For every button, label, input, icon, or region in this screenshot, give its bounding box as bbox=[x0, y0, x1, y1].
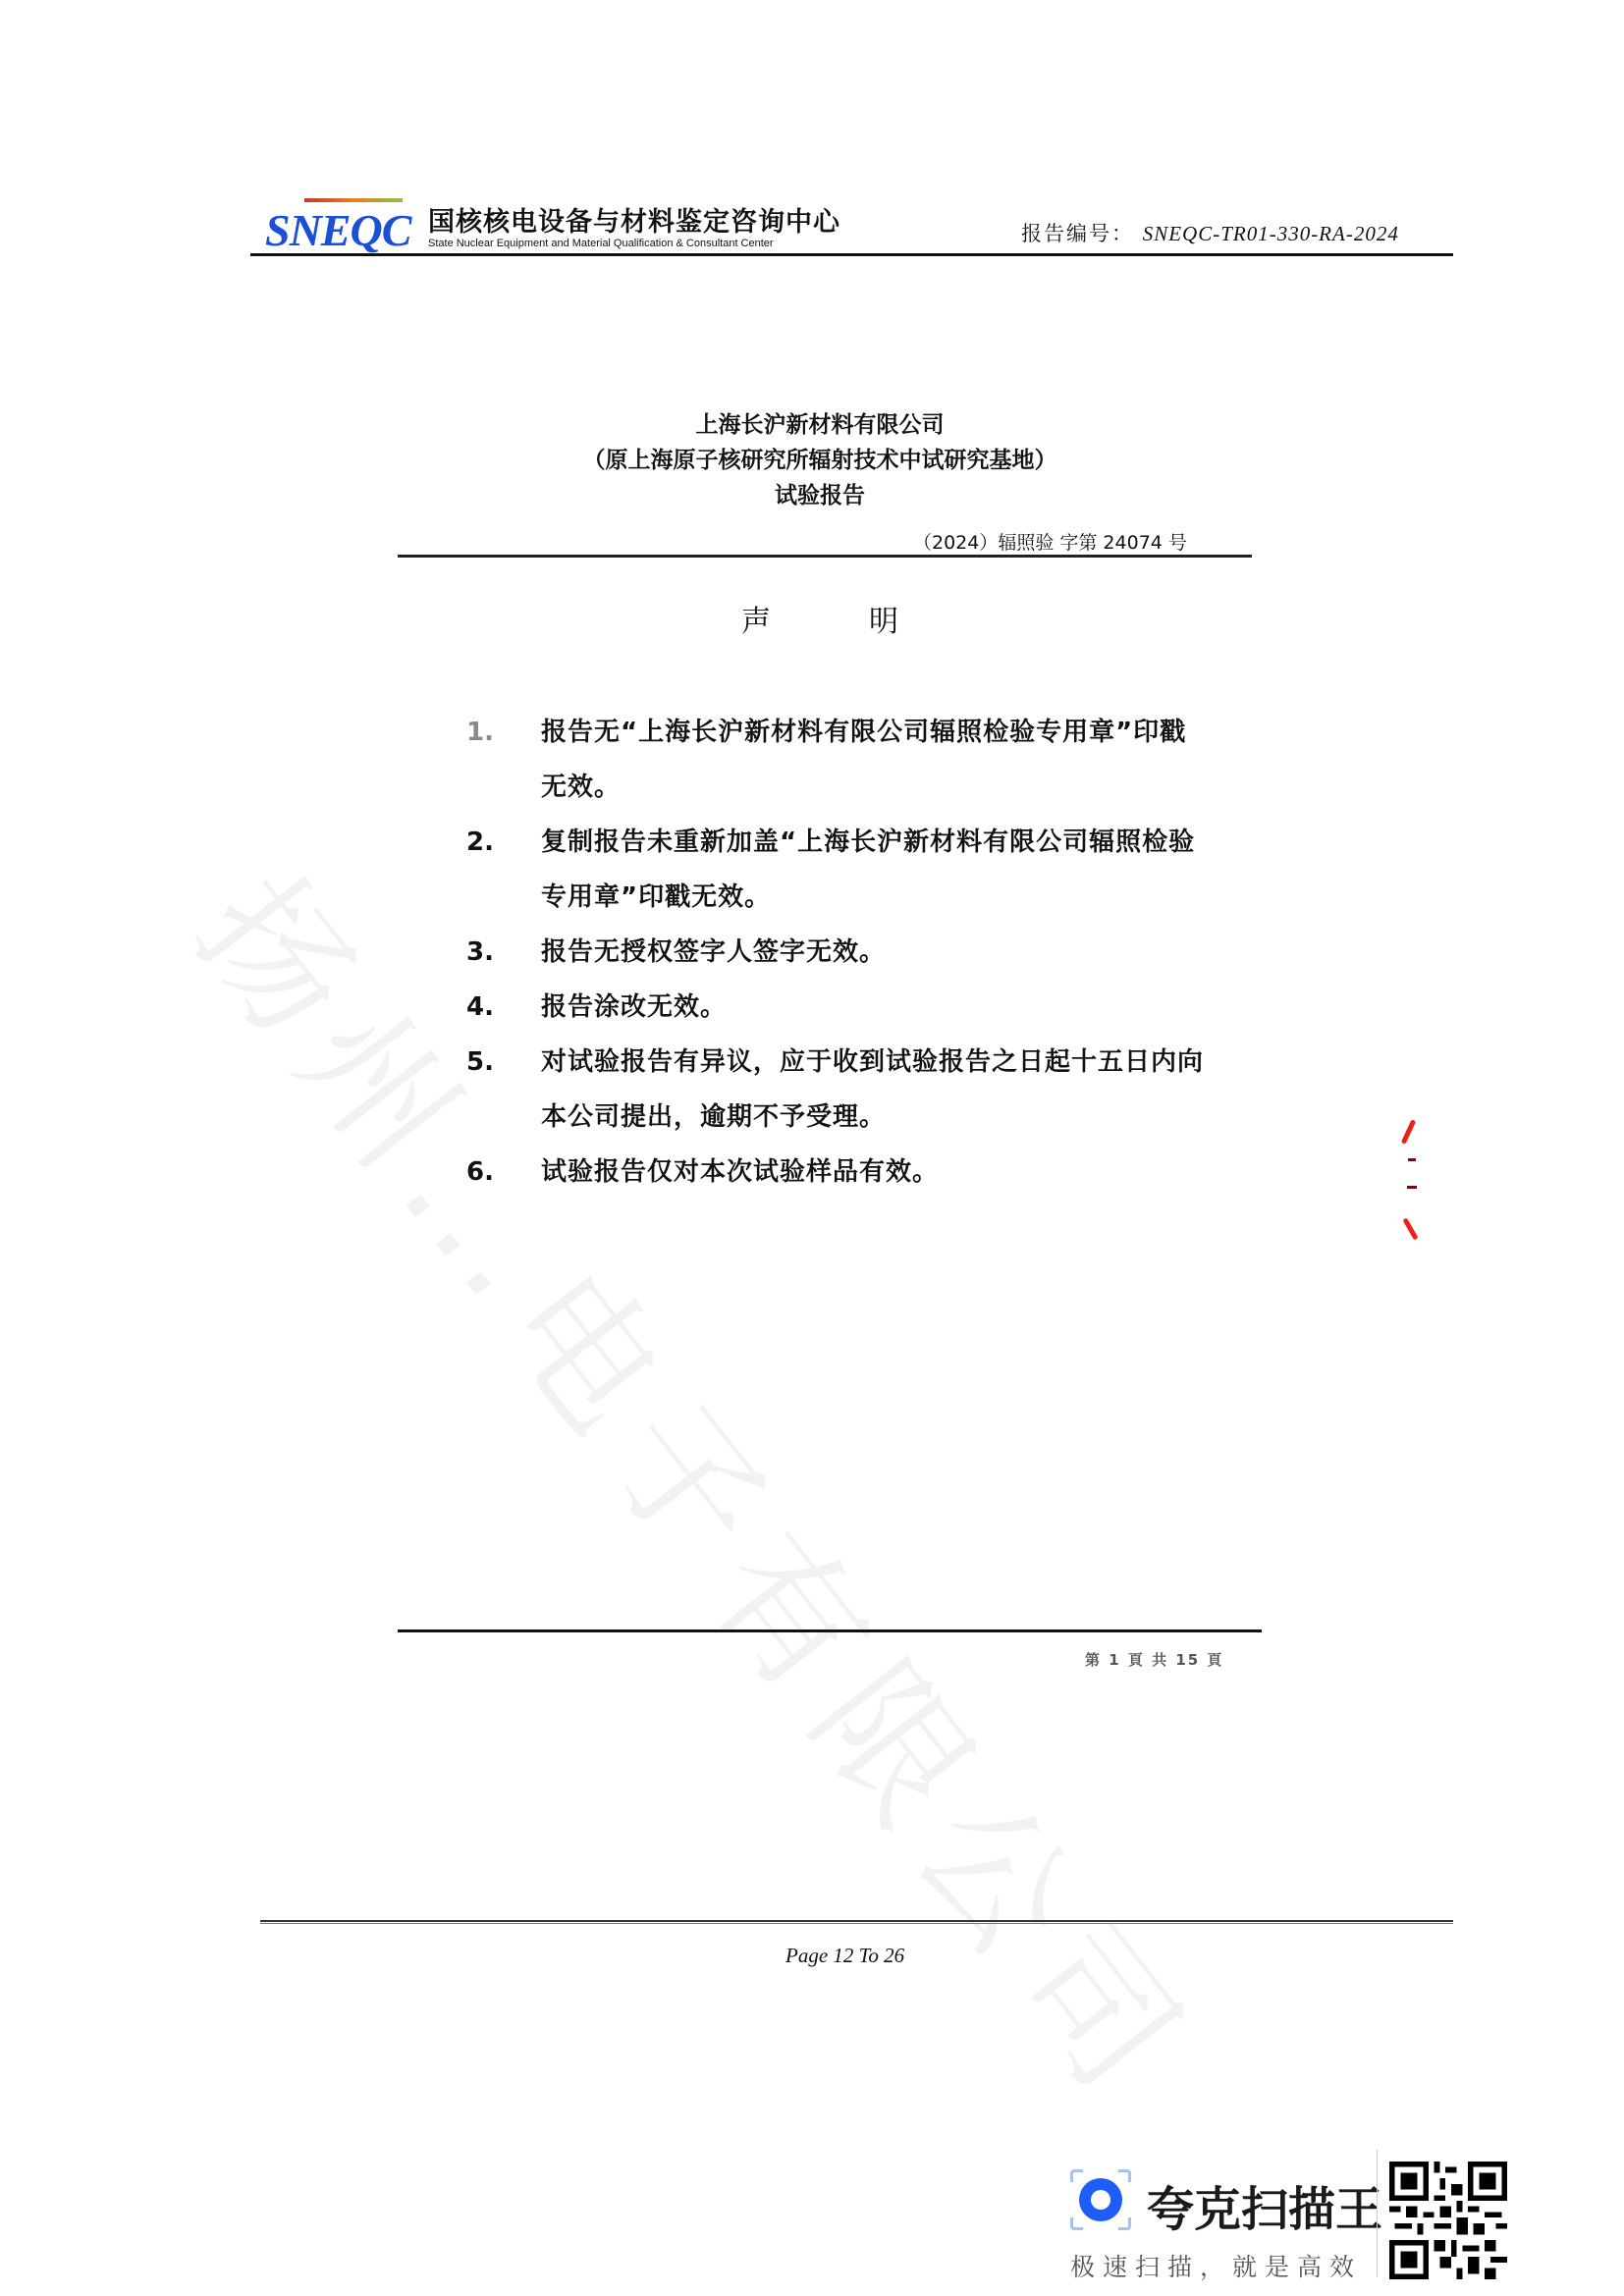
item-text: 报告无“上海长沪新材料有限公司辐照检验专用章”印戳无效。 bbox=[541, 705, 1213, 815]
title-divider bbox=[398, 555, 1252, 558]
report-number: 报告编号： SNEQC-TR01-330-RA-2024 bbox=[1021, 218, 1399, 247]
org-name-cn: 国核核电设备与材料鉴定咨询中心 bbox=[428, 200, 840, 239]
former-name: （原上海原子核研究所辐射技术中试研究基地） bbox=[393, 443, 1247, 478]
sneqc-logo: SNEQC bbox=[265, 196, 412, 255]
org-name-en: State Nuclear Equipment and Material Qua… bbox=[428, 238, 774, 249]
scanner-slogan: 极速扫描，就是高效 bbox=[1070, 2248, 1362, 2283]
statement-item: 2. 复制报告未重新加盖“上海长沪新材料有限公司辐照检验专用章”印戳无效。 bbox=[466, 815, 1213, 925]
item-number: 2. bbox=[466, 815, 541, 925]
item-text: 试验报告仅对本次试验样品有效。 bbox=[541, 1145, 1213, 1200]
report-number-value: SNEQC-TR01-330-RA-2024 bbox=[1143, 222, 1399, 245]
footer-divider bbox=[260, 1920, 1453, 1924]
header-divider bbox=[250, 253, 1453, 256]
document-type: 试验报告 bbox=[393, 478, 1247, 513]
item-number: 3. bbox=[466, 925, 541, 980]
item-number: 5. bbox=[466, 1035, 541, 1145]
statement-heading: 声明 bbox=[393, 597, 1247, 640]
item-number: 4. bbox=[466, 980, 541, 1035]
item-number: 6. bbox=[466, 1145, 541, 1200]
item-text: 复制报告未重新加盖“上海长沪新材料有限公司辐照检验专用章”印戳无效。 bbox=[541, 815, 1213, 925]
seal-stamp-fragment bbox=[1404, 1119, 1424, 1247]
statement-item: 5. 对试验报告有异议，应于收到试验报告之日起十五日内向本公司提出，逾期不予受理… bbox=[466, 1035, 1213, 1145]
statement-item: 1. 报告无“上海长沪新材料有限公司辐照检验专用章”印戳无效。 bbox=[466, 705, 1213, 815]
statement-item: 4. 报告涂改无效。 bbox=[466, 980, 1213, 1035]
report-number-label: 报告编号： bbox=[1021, 222, 1134, 245]
logo-text: SNEQC bbox=[265, 208, 410, 253]
item-text: 报告无授权签字人签字无效。 bbox=[541, 925, 1213, 980]
item-text: 报告涂改无效。 bbox=[541, 980, 1213, 1035]
document-title-block: 上海长沪新材料有限公司 （原上海原子核研究所辐射技术中试研究基地） 试验报告 bbox=[393, 407, 1247, 513]
statement-item: 6. 试验报告仅对本次试验样品有效。 bbox=[466, 1145, 1213, 1200]
badge-divider bbox=[1377, 2150, 1378, 2277]
item-text: 对试验报告有异议，应于收到试验报告之日起十五日内向本公司提出，逾期不予受理。 bbox=[541, 1035, 1213, 1145]
statement-item: 3. 报告无授权签字人签字无效。 bbox=[466, 925, 1213, 980]
scanner-app-name: 夸克扫描王 bbox=[1147, 2171, 1382, 2239]
inner-page-number: 第 1 頁 共 15 頁 bbox=[1085, 1649, 1223, 1670]
inner-footer-divider bbox=[398, 1629, 1262, 1632]
quark-logo-icon bbox=[1070, 2169, 1131, 2230]
item-number: 1. bbox=[466, 705, 541, 815]
company-name: 上海长沪新材料有限公司 bbox=[393, 407, 1247, 443]
qr-code-icon[interactable] bbox=[1389, 2162, 1507, 2279]
reference-number: （2024）辐照验 字第 24074 号 bbox=[913, 528, 1187, 555]
statement-list: 1. 报告无“上海长沪新材料有限公司辐照检验专用章”印戳无效。 2. 复制报告未… bbox=[466, 705, 1213, 1200]
page-number: Page 12 To 26 bbox=[785, 1944, 904, 1968]
